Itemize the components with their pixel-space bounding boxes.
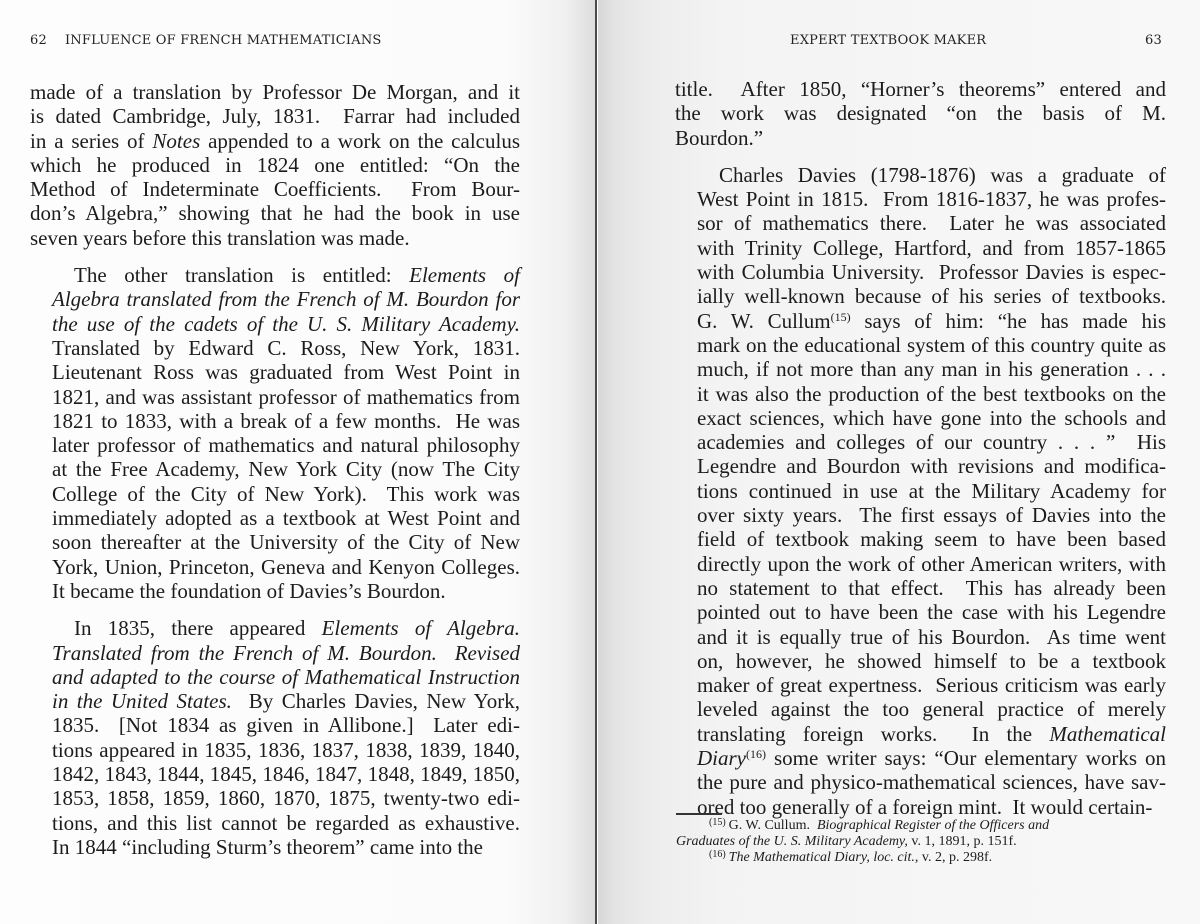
text-line: maker of great expertness. Serious criti… (675, 673, 1166, 697)
footnote-reference: (16) (746, 747, 766, 761)
text-line: don’s Algebra,” showing that he had the … (30, 201, 520, 225)
footnote-number: (15) (709, 817, 726, 828)
text-line: it was also the production of the best t… (675, 382, 1166, 406)
paragraph: made of a translation by Professor De Mo… (30, 80, 520, 250)
text-line: Translated by Edward C. Ross, New York, … (30, 336, 520, 360)
text-line: 1835. [Not 1834 as given in Allibone.] L… (30, 713, 520, 737)
text-line: the work was designated “on the basis of… (675, 101, 1166, 125)
gutter-line (595, 0, 597, 924)
italic-title: Notes (152, 129, 200, 153)
paragraph: The other translation is entitled: Eleme… (30, 263, 520, 603)
text-line: in the United States. By Charles Davies,… (30, 689, 520, 713)
italic-title: Mathematical (1049, 722, 1166, 746)
text-line: 1821 to 1833, with a break of a few mont… (30, 409, 520, 433)
text-line: York, Union, Princeton, Geneva and Kenyo… (30, 555, 520, 579)
paragraph: title. After 1850, “Horner’s theorems” e… (675, 77, 1166, 150)
left-running-head: 62INFLUENCE OF FRENCH MATHEMATICIANS (30, 33, 382, 48)
paragraph: In 1835, there appeared Elements of Alge… (30, 616, 520, 859)
left-running-title: INFLUENCE OF FRENCH MATHEMATICIANS (65, 33, 382, 48)
text-line: In 1844 “including Sturm’s theorem” came… (30, 835, 520, 859)
text-line: College of the City of New York). This w… (30, 482, 520, 506)
text-line: the pure and physico-mathematical scienc… (675, 770, 1166, 794)
text-line: and it is equally true of his Bourdon. A… (675, 625, 1166, 649)
footnote-line: Graduates of the U. S. Military Academy,… (676, 834, 1168, 850)
italic-title: the use of the cadets of the U. S. Milit… (52, 312, 520, 336)
text-line: tions continued in use at the Military A… (675, 479, 1166, 503)
text-line: in a series of Notes appended to a work … (30, 129, 520, 153)
book-spread: 62INFLUENCE OF FRENCH MATHEMATICIANS EXP… (0, 0, 1200, 924)
text-line: much, if not more than any man in his ge… (675, 357, 1166, 381)
footnotes: (15)G. W. Cullum. Biographical Register … (676, 818, 1168, 866)
footnote-rule (676, 813, 722, 815)
text-line: is dated Cambridge, July, 1831. Farrar h… (30, 104, 520, 128)
text-line: over sixty years. The first essays of Da… (675, 503, 1166, 527)
italic-title: Biographical Register of the Officers an… (817, 818, 1049, 833)
text-line: 1821, and was assistant professor of mat… (30, 385, 520, 409)
italic-title: Elements of (409, 263, 520, 287)
text-line: on, however, he showed himself to be a t… (675, 649, 1166, 673)
footnote-number: (16) (709, 849, 726, 860)
text-line: the use of the cadets of the U. S. Milit… (30, 312, 520, 336)
text-line: Method of Indeterminate Coefficients. Fr… (30, 177, 520, 201)
text-line: no statement to that effect. This has al… (675, 576, 1166, 600)
text-line: leveled against the too general practice… (675, 697, 1166, 721)
text-line: West Point in 1815. From 1816-1837, he w… (675, 187, 1166, 211)
text-line: 1853, 1858, 1859, 1860, 1870, 1875, twen… (30, 786, 520, 810)
text-line: Charles Davies (1798-1876) was a graduat… (675, 163, 1166, 187)
text-line: It became the foundation of Davies’s Bou… (30, 579, 520, 603)
text-line: G. W. Cullum(15) says of him: “he has ma… (675, 309, 1166, 333)
text-line: translating foreign works. In the Mathem… (675, 722, 1166, 746)
footnote-line: (15)G. W. Cullum. Biographical Register … (676, 818, 1168, 834)
italic-title: Elements of Algebra. (322, 616, 520, 640)
text-line: made of a translation by Professor De Mo… (30, 80, 520, 104)
text-line: at the Free Academy, New York City (now … (30, 457, 520, 481)
text-line: tions appeared in 1835, 1836, 1837, 1838… (30, 738, 520, 762)
italic-title: in the United States. (52, 689, 232, 713)
italic-title: Diary (697, 746, 746, 770)
text-line: 1842, 1843, 1844, 1845, 1846, 1847, 1848… (30, 762, 520, 786)
right-running-title: EXPERT TEXTBOOK MAKER (790, 33, 986, 48)
text-line: title. After 1850, “Horner’s theorems” e… (675, 77, 1166, 101)
italic-title: Translated from the French of M. Bourdon… (52, 641, 520, 665)
text-line: Translated from the French of M. Bourdon… (30, 641, 520, 665)
footnote-line: (16)The Mathematical Diary, loc. cit., v… (676, 850, 1168, 866)
text-line: Legendre and Bourdon with revisions and … (675, 454, 1166, 478)
left-body-text: made of a translation by Professor De Mo… (30, 80, 520, 859)
text-line: Diary(16) some writer says: “Our element… (675, 746, 1166, 770)
footnote-reference: (15) (831, 310, 851, 324)
italic-title: Graduates of the U. S. Military Academy, (676, 834, 908, 849)
text-line: tions, and this list cannot be regarded … (30, 811, 520, 835)
text-line: immediately adopted as a textbook at Wes… (30, 506, 520, 530)
text-line: which he produced in 1824 one entitled: … (30, 153, 520, 177)
text-line: with Columbia University. Professor Davi… (675, 260, 1166, 284)
text-line: with Trinity College, Hartford, and from… (675, 236, 1166, 260)
page-number-right: 63 (1145, 33, 1162, 48)
text-line: later professor of mathematics and natur… (30, 433, 520, 457)
right-body-text: title. After 1850, “Horner’s theorems” e… (675, 77, 1166, 819)
text-line: directly upon the work of other American… (675, 552, 1166, 576)
text-line: soon thereafter at the University of the… (30, 530, 520, 554)
text-line: ially well-known because of his series o… (675, 284, 1166, 308)
text-line: field of textbook making seem to have be… (675, 527, 1166, 551)
text-line: The other translation is entitled: Eleme… (30, 263, 520, 287)
text-line: Algebra translated from the French of M.… (30, 287, 520, 311)
text-line: exact sciences, which have gone into the… (675, 406, 1166, 430)
text-line: Lieutenant Ross was graduated from West … (30, 360, 520, 384)
text-line: and adapted to the course of Mathematica… (30, 665, 520, 689)
text-line: Bourdon.” (675, 126, 1166, 150)
text-line: ored too generally of a foreign mint. It… (675, 795, 1166, 819)
page-number-left: 62 (30, 33, 47, 48)
text-line: In 1835, there appeared Elements of Alge… (30, 616, 520, 640)
italic-title: and adapted to the course of Mathematica… (52, 665, 520, 689)
paragraph: Charles Davies (1798-1876) was a graduat… (675, 163, 1166, 819)
text-line: pointed out to have been the case with h… (675, 600, 1166, 624)
text-line: academies and colleges of our country . … (675, 430, 1166, 454)
text-line: sor of mathematics there. Later he was a… (675, 211, 1166, 235)
italic-title: The Mathematical Diary, loc. cit., (729, 850, 919, 865)
italic-title: Algebra translated from the French of M.… (52, 287, 520, 311)
text-line: seven years before this translation was … (30, 226, 520, 250)
text-line: mark on the educational system of this c… (675, 333, 1166, 357)
